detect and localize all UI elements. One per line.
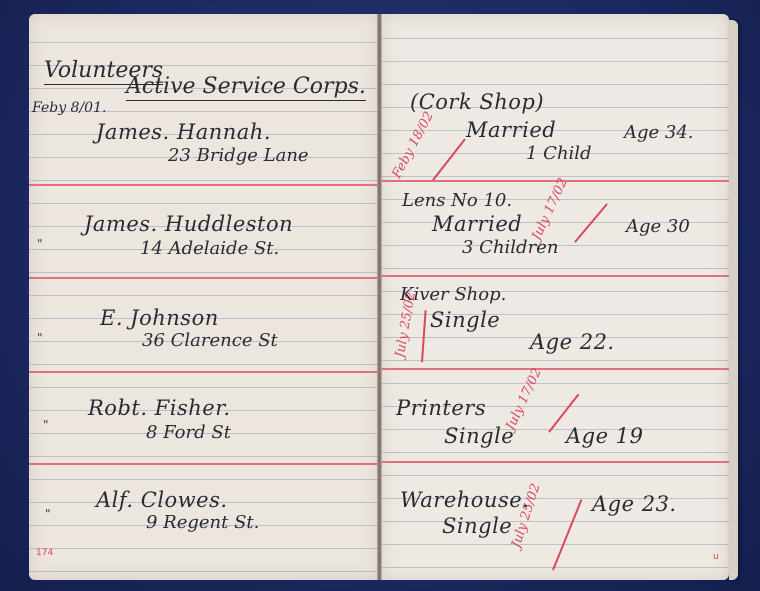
entry-name: James. Hannah. xyxy=(96,120,271,144)
entry-age: Age 23. xyxy=(592,492,677,516)
entry-address: 9 Regent St. xyxy=(146,512,259,533)
entry-address: 14 Adelaide St. xyxy=(140,238,279,259)
entry-age: Age 19 xyxy=(566,424,643,448)
page-block-edge xyxy=(729,20,738,580)
entry-address: 36 Clarence St xyxy=(142,330,278,351)
subheading: Active Service Corps. xyxy=(126,74,366,99)
entry-name: E. Johnson xyxy=(100,306,219,330)
entry-marital-status: Single xyxy=(444,424,514,448)
subheading-text: Active Service Corps. xyxy=(126,74,366,101)
page-corner-mark: u xyxy=(713,552,719,562)
entry-workplace: (Cork Shop) xyxy=(410,90,544,114)
entry-address: 8 Ford St xyxy=(146,422,231,443)
entry-name: Alf. Clowes. xyxy=(96,488,228,512)
ditto-mark: " xyxy=(37,331,43,345)
red-rule xyxy=(29,463,379,465)
entry-name: James. Huddleston xyxy=(84,212,293,236)
entry-age: Age 34. xyxy=(624,122,694,143)
entry-marital-status: Single xyxy=(430,308,500,332)
entry-age: Age 30 xyxy=(626,216,690,237)
entry-marital-status: Married xyxy=(432,212,522,236)
entry-age: Age 22. xyxy=(530,330,615,354)
entry-children: 1 Child xyxy=(526,143,592,164)
entry-marital-status: Married xyxy=(466,118,556,142)
red-rule xyxy=(29,277,379,279)
entry-workplace: Printers xyxy=(396,396,486,420)
ditto-mark: " xyxy=(45,507,51,521)
entry-date: Feby 8/01. xyxy=(32,100,106,116)
page-corner-mark: 174 xyxy=(36,548,53,558)
ditto-mark: " xyxy=(43,418,49,432)
red-rule xyxy=(29,371,379,373)
red-rule xyxy=(382,461,729,463)
entry-address: 23 Bridge Lane xyxy=(168,145,309,166)
entry-workplace: Warehouse. xyxy=(400,488,529,512)
red-rule xyxy=(382,368,729,370)
entry-name: Robt. Fisher. xyxy=(88,396,231,420)
red-rule xyxy=(382,275,729,277)
ditto-mark: " xyxy=(37,237,43,251)
entry-marital-status: Single xyxy=(442,514,512,538)
entry-workplace: Lens No 10. xyxy=(402,190,512,211)
book-spine xyxy=(377,14,382,580)
red-rule xyxy=(29,184,379,186)
